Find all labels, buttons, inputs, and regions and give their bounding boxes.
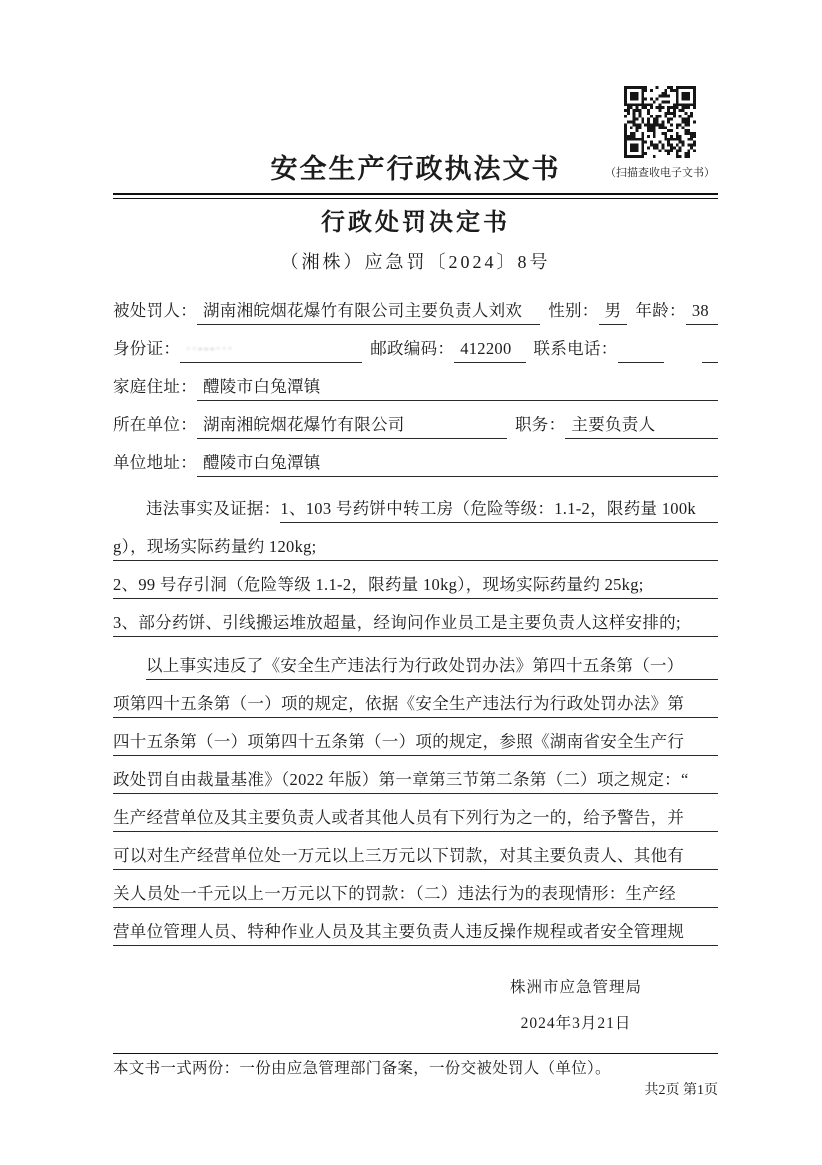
legal-line-7: 关人员处一千元以上一万元以下的罚款：（二）违法行为的表现情形：生产经 [113,870,718,908]
label-employer: 所在单位： [113,414,197,439]
doc-category-title: 安全生产行政执法文书 [113,152,718,186]
fields-section: 被处罚人： 湖南湘皖烟花爆竹有限公司主要负责人刘欢 性别： 男 年龄： 38 身… [113,287,718,477]
doc-title: 行政处罚决定书 [113,207,718,239]
facts-text-1: 1、103 号药饼中转工房（危险等级：1.1-2，限药量 100k [280,498,718,523]
value-punished-person: 湖南湘皖烟花爆竹有限公司主要负责人刘欢 [197,300,540,325]
label-unit-address: 单位地址： [113,452,197,477]
legal-line-6: 可以对生产经营单位处一万元以上三万元以下罚款，对其主要负责人、其他有 [113,832,718,870]
value-postcode: 412200 [454,338,525,363]
legal-section: 以上事实违反了《安全生产违法行为行政处罚办法》第四十五条第（一） 项第四十五条第… [113,642,718,946]
label-gender: 性别： [548,300,598,325]
label-position: 职务： [515,414,565,439]
legal-text-3: 四十五条第（一）项第四十五条第（一）项的规定，参照《湖南省安全生产行 [113,731,718,756]
legal-line-8: 营单位管理人员、特种作业人员及其主要负责人违反操作规程或者安全管理规 [113,908,718,946]
legal-line-1: 以上事实违反了《安全生产违法行为行政处罚办法》第四十五条第（一） [113,642,718,680]
facts-section: 违法事实及证据： 1、103 号药饼中转工房（危险等级：1.1-2，限药量 10… [113,485,718,637]
doc-number: （湘株）应急罚〔2024〕8号 [113,249,718,275]
value-phone-blank-2 [702,359,718,363]
facts-text-3: 2、99 号存引洞（危险等级 1.1-2，限药量 10kg），现场实际药量约 2… [113,574,718,599]
footer: 本文书一式两份：一份由应急管理部门备案，一份交被处罚人（单位）。 共2页 第1页 [113,1053,718,1100]
legal-text-8: 营单位管理人员、特种作业人员及其主要负责人违反操作规程或者安全管理规 [113,921,718,946]
legal-text-6: 可以对生产经营单位处一万元以上三万元以下罚款，对其主要负责人、其他有 [113,845,718,870]
legal-text-5: 生产经营单位及其主要负责人或者其他人员有下列行为之一的，给予警告，并 [113,807,718,832]
legal-line-4: 政处罚自由裁量基准》（2022 年版）第一章第三节第二条第（二）项之规定：“ [113,756,718,794]
signature-block: 株洲市应急管理局 2024年3月21日 [476,970,676,1042]
value-home-address: 醴陵市白兔潭镇 [197,376,718,401]
facts-label: 违法事实及证据： [113,498,280,523]
row-id-card: 身份证： ··---··· 邮政编码： 412200 联系电话： [113,325,718,363]
facts-text-4: 3、部分药饼、引线搬运堆放超量，经询问作业员工是主要负责人这样安排的; [113,612,718,637]
value-unit-address: 醴陵市白兔潭镇 [197,452,718,477]
row-home-address: 家庭住址： 醴陵市白兔潭镇 [113,363,718,401]
label-id-card: 身份证： [113,338,180,363]
facts-line-4: 3、部分药饼、引线搬运堆放超量，经询问作业员工是主要负责人这样安排的; [113,599,718,637]
footer-divider [113,1053,718,1054]
row-punished-person: 被处罚人： 湖南湘皖烟花爆竹有限公司主要负责人刘欢 性别： 男 年龄： 38 [113,287,718,325]
value-age: 38 [686,300,718,325]
label-postcode: 邮政编码： [370,338,454,363]
label-age: 年龄： [635,300,685,325]
document-page: （扫描查收电子文书） 安全生产行政执法文书 行政处罚决定书 （湘株）应急罚〔20… [0,0,822,1165]
value-gender: 男 [599,300,628,325]
row-unit-address: 单位地址： 醴陵市白兔潭镇 [113,439,718,477]
legal-text-7: 关人员处一千元以上一万元以下的罚款：（二）违法行为的表现情形：生产经 [113,883,718,908]
facts-line-1: 违法事实及证据： 1、103 号药饼中转工房（危险等级：1.1-2，限药量 10… [113,485,718,523]
signature-authority: 株洲市应急管理局 [476,970,676,1006]
facts-text-2: g），现场实际药量约 120kg; [113,536,718,561]
legal-text-1: 以上事实违反了《安全生产违法行为行政处罚办法》第四十五条第（一） [146,655,718,680]
legal-line-5: 生产经营单位及其主要负责人或者其他人员有下列行为之一的，给予警告，并 [113,794,718,832]
label-punished-person: 被处罚人： [113,300,197,325]
footer-pagination: 共2页 第1页 [113,1081,718,1100]
facts-line-2: g），现场实际药量约 120kg; [113,523,718,561]
legal-indent [113,676,146,680]
value-phone-blank [618,359,664,363]
label-phone: 联系电话： [534,338,618,363]
facts-line-3: 2、99 号存引洞（危险等级 1.1-2，限药量 10kg），现场实际药量约 2… [113,561,718,599]
row-employer: 所在单位： 湖南湘皖烟花爆竹有限公司 职务： 主要负责人 [113,401,718,439]
footer-note: 本文书一式两份：一份由应急管理部门备案，一份交被处罚人（单位）。 [113,1058,718,1079]
redacted-text: ··---··· [186,341,234,355]
document-content: 安全生产行政执法文书 行政处罚决定书 （湘株）应急罚〔2024〕8号 被处罚人：… [113,152,718,1042]
legal-text-4: 政处罚自由裁量基准》（2022 年版）第一章第三节第二条第（二）项之规定：“ [113,769,718,794]
qr-code-icon [624,86,696,158]
legal-line-3: 四十五条第（一）项第四十五条第（一）项的规定，参照《湖南省安全生产行 [113,718,718,756]
value-id-card-redacted: ··---··· [180,336,362,363]
label-home-address: 家庭住址： [113,376,197,401]
signature-date: 2024年3月21日 [476,1006,676,1042]
legal-text-2: 项第四十五条第（一）项的规定，依据《安全生产违法行为行政处罚办法》第 [113,693,718,718]
header-divider [113,193,718,199]
legal-line-2: 项第四十五条第（一）项的规定，依据《安全生产违法行为行政处罚办法》第 [113,680,718,718]
value-employer: 湖南湘皖烟花爆竹有限公司 [197,414,507,439]
value-position: 主要负责人 [565,414,718,439]
